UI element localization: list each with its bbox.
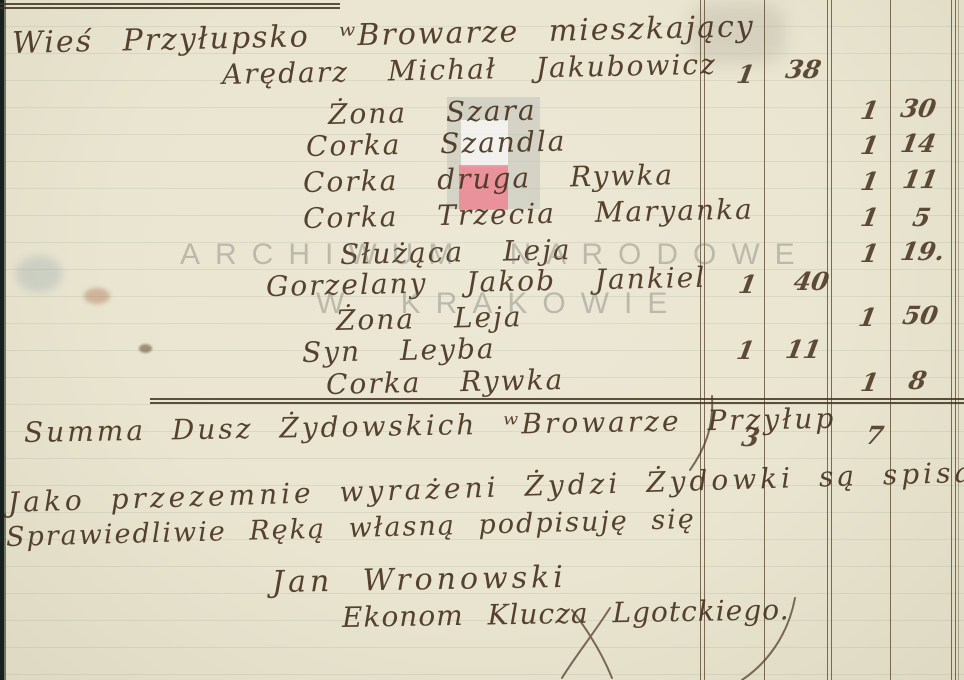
female-count-cell: 1	[858, 203, 881, 232]
signature-name: Jan Wronowski	[272, 560, 567, 600]
female-age-cell: 11	[900, 165, 940, 194]
female-age-cell: 30	[898, 94, 938, 123]
summary-rule	[150, 398, 964, 400]
table-column-line	[890, 0, 891, 680]
female-age-cell: 50	[900, 301, 940, 330]
ink-stain-blue	[16, 256, 62, 292]
summary-male-total: 3	[739, 423, 762, 452]
ink-stain-brown	[84, 288, 110, 304]
census-row-name: Corka Szandla	[306, 125, 567, 163]
female-age-cell: 19.	[898, 237, 947, 266]
census-row-name: Corka Rywka	[326, 363, 565, 401]
table-column-line	[704, 0, 705, 680]
summary-rule	[150, 402, 964, 404]
census-row-name: Corka druga Rywka	[303, 158, 675, 199]
male-count-cell: 1	[736, 270, 759, 299]
table-column-line	[958, 0, 959, 680]
male-age-cell: 38	[783, 55, 823, 84]
table-column-line	[700, 0, 701, 680]
female-count-cell: 1	[858, 239, 881, 268]
male-count-cell: 1	[734, 60, 757, 89]
female-age-cell: 14	[898, 129, 938, 158]
top-rule	[0, 3, 340, 5]
female-age-cell: 5	[910, 203, 933, 232]
top-rule	[0, 7, 340, 9]
summary-label: Summa Dusz Żydowskich ʷBrowarze Przyłup	[24, 402, 837, 449]
summary-female-total: 7	[863, 421, 886, 450]
paper-left-edge	[0, 0, 7, 680]
female-count-cell: 1	[856, 303, 879, 332]
archive-watermark-line-2: W KRAKOWIE	[316, 287, 682, 321]
male-age-cell: 11	[783, 335, 823, 364]
female-count-cell: 1	[858, 167, 881, 196]
census-row-name: Syn Leyba	[302, 332, 496, 369]
signature-title: Ekonom Klucza Lgotckiego.	[342, 593, 790, 634]
table-column-line	[827, 0, 828, 680]
male-count-cell: 1	[734, 336, 757, 365]
table-column-line	[955, 0, 956, 680]
scanned-census-page: Wieś Przyłupsko ʷBrowarze mieszkający Ar…	[0, 0, 964, 680]
female-age-cell: 8	[906, 366, 929, 395]
female-count-cell: 1	[858, 368, 881, 397]
table-column-line	[831, 0, 832, 680]
ink-spot	[139, 344, 152, 353]
census-row-name: Corka Trzecia Maryanka	[303, 193, 754, 235]
female-count-cell: 1	[858, 131, 881, 160]
table-column-line	[951, 0, 952, 680]
table-column-line	[764, 0, 765, 680]
female-count-cell: 1	[858, 96, 881, 125]
archive-watermark-line-1: ARCHIWUM NARODOWE	[180, 238, 810, 272]
